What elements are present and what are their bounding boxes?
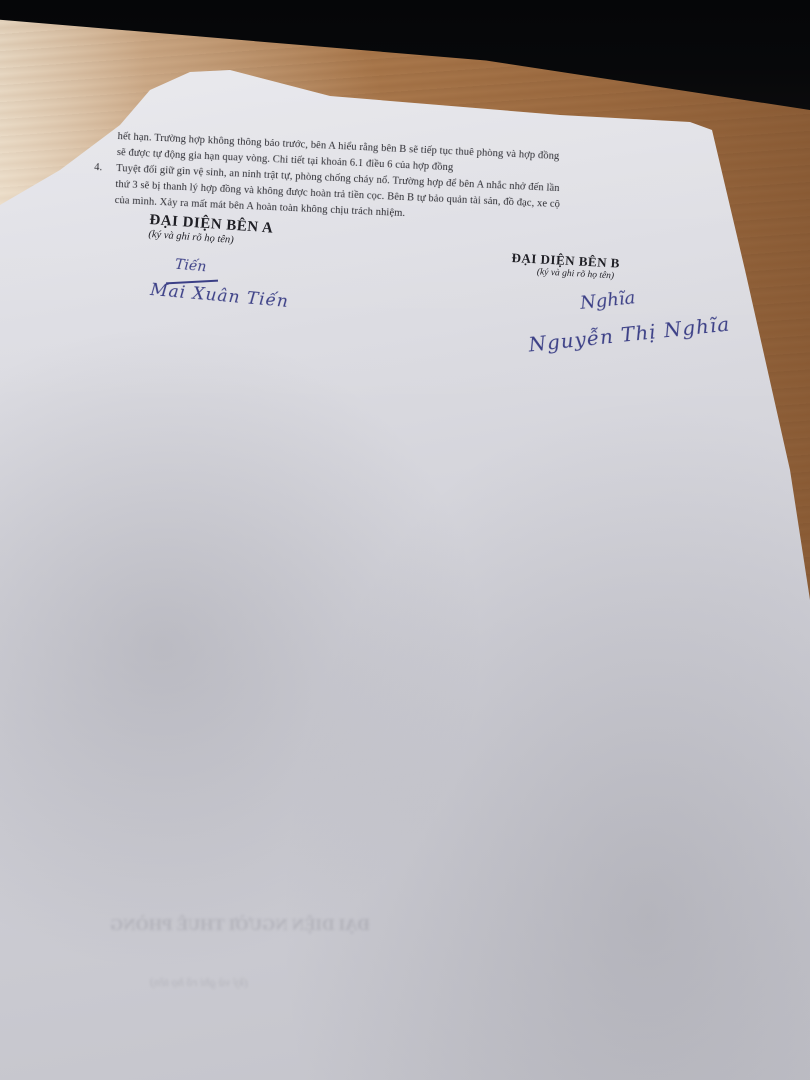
item-number: 4.: [94, 160, 117, 177]
bleed-through-heading: ĐẠI DIỆN NGƯỜI THUÊ PHÒNG: [110, 915, 370, 935]
photo-scene: ĐẠI DIỆN NGƯỜI THUÊ PHÒNG (ký và ghi rõ …: [0, 0, 810, 1080]
party-a-signature: Tiến: [174, 257, 207, 276]
bleed-through-subtitle: (ký và ghi rõ họ tên): [150, 975, 248, 990]
